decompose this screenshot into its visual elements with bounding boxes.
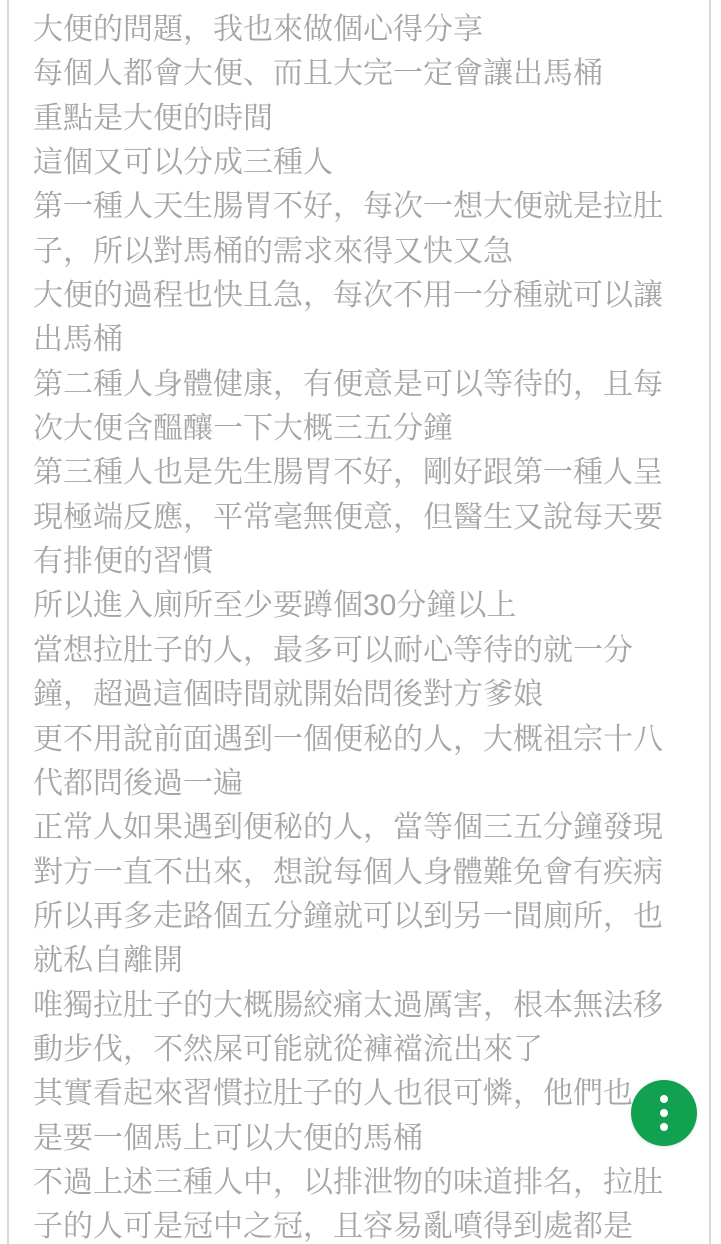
text-line: 每個人都會大便、而且大完一定會讓出馬桶 bbox=[33, 52, 721, 96]
text-line: 所以再多走路個五分鐘就可以到另一間廁所，也 bbox=[33, 895, 721, 939]
text-line: 子的人可是冠中之冠，且容易亂噴得到處都是 bbox=[33, 1205, 721, 1244]
text-line: 對方一直不出來，想說每個人身體難免會有疾病 bbox=[33, 851, 721, 895]
text-line: 出馬桶 bbox=[33, 318, 721, 362]
text-line: 這個又可以分成三種人 bbox=[33, 141, 721, 185]
kebab-dot bbox=[660, 1123, 668, 1131]
text-line: 唯獨拉肚子的大概腸絞痛太過厲害，根本無法移 bbox=[33, 984, 721, 1028]
text-line: 動步伐，不然屎可能就從褲襠流出來了 bbox=[33, 1028, 721, 1072]
text-line: 更不用說前面遇到一個便秘的人，大概祖宗十八 bbox=[33, 718, 721, 762]
left-page-border bbox=[7, 0, 9, 1244]
text-line: 當想拉肚子的人，最多可以耐心等待的就一分 bbox=[33, 629, 721, 673]
kebab-dot bbox=[660, 1109, 668, 1117]
kebab-dot bbox=[660, 1095, 668, 1103]
text-line: 第三種人也是先生腸胃不好，剛好跟第一種人呈 bbox=[33, 451, 721, 495]
text-line: 大便的過程也快且急，每次不用一分種就可以讓 bbox=[33, 274, 721, 318]
text-line: 大便的問題，我也來做個心得分享 bbox=[33, 8, 721, 52]
more-options-fab[interactable] bbox=[631, 1080, 697, 1146]
text-line: 不過上述三種人中，以排泄物的味道排名，拉肚 bbox=[33, 1161, 721, 1205]
text-line: 重點是大便的時間 bbox=[33, 97, 721, 141]
text-line: 第一種人天生腸胃不好，每次一想大便就是拉肚 bbox=[33, 185, 721, 229]
text-line: 是要一個馬上可以大便的馬桶 bbox=[33, 1117, 721, 1161]
text-line: 就私自離開 bbox=[33, 939, 721, 983]
article-page: 大便的問題，我也來做個心得分享每個人都會大便、而且大完一定會讓出馬桶重點是大便的… bbox=[0, 0, 721, 1244]
text-line: 第二種人身體健康，有便意是可以等待的，且每 bbox=[33, 363, 721, 407]
text-line: 其實看起來習慣拉肚子的人也很可憐，他們也 bbox=[33, 1072, 721, 1116]
text-line: 次大便含醞釀一下大概三五分鐘 bbox=[33, 407, 721, 451]
article-text: 大便的問題，我也來做個心得分享每個人都會大便、而且大完一定會讓出馬桶重點是大便的… bbox=[33, 8, 721, 1244]
text-line: 正常人如果遇到便秘的人，當等個三五分鐘發現 bbox=[33, 806, 721, 850]
text-line: 有排便的習慣 bbox=[33, 540, 721, 584]
text-line: 所以進入廁所至少要蹲個30分鐘以上 bbox=[33, 584, 721, 628]
text-line: 鐘，超過這個時間就開始問後對方爹娘 bbox=[33, 673, 721, 717]
text-line: 現極端反應，平常毫無便意，但醫生又說每天要 bbox=[33, 496, 721, 540]
kebab-menu-icon bbox=[660, 1095, 668, 1131]
text-line: 代都問後過一遍 bbox=[33, 762, 721, 806]
text-line: 子，所以對馬桶的需求來得又快又急 bbox=[33, 230, 721, 274]
